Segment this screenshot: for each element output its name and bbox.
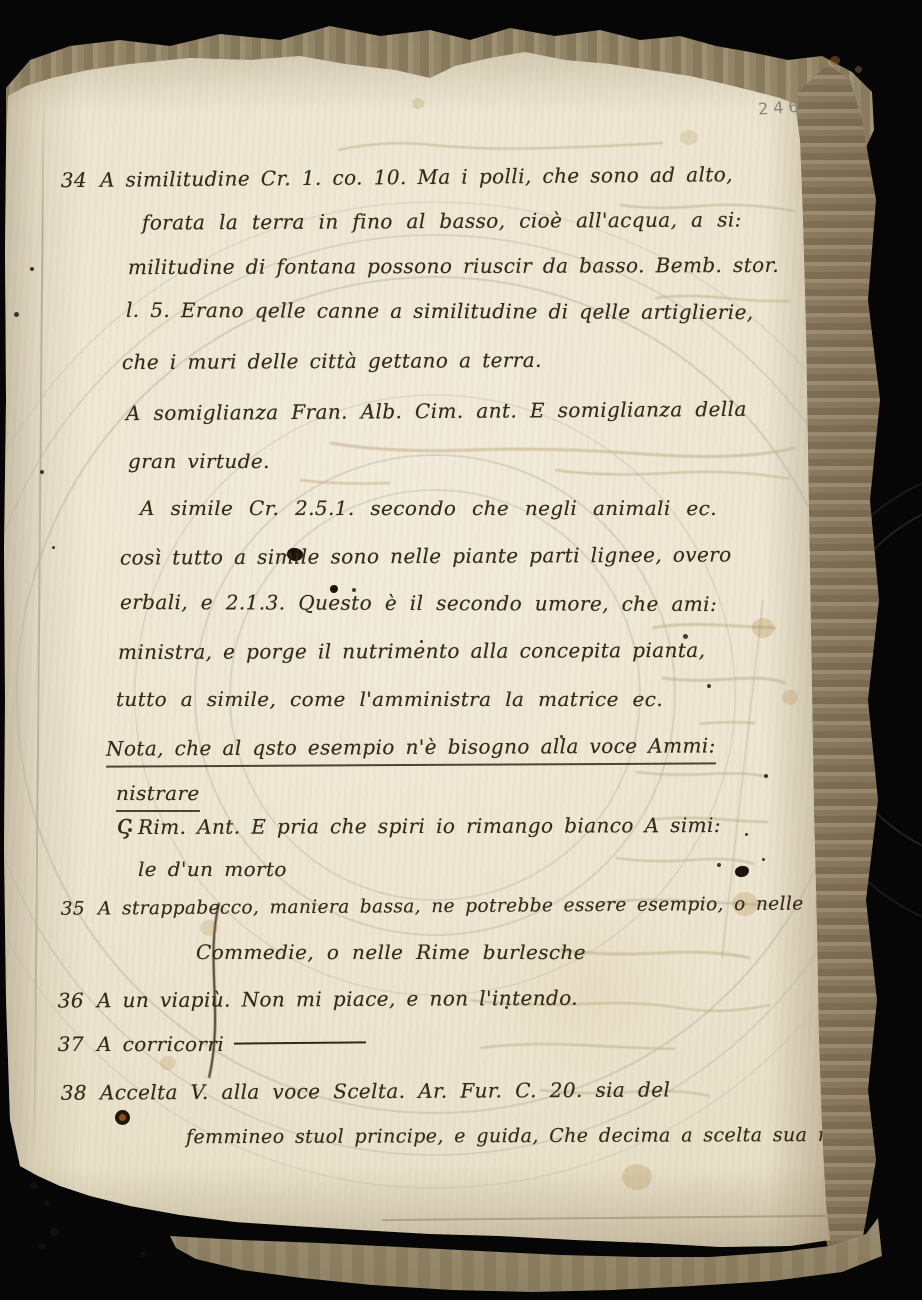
manuscript-line-underlined: Nota, che al qsto esempio n'è bisogno al… <box>106 734 716 759</box>
stain <box>412 98 424 109</box>
line-text: A somiglianza Fran. Alb. Cim. ant. E som… <box>126 397 747 425</box>
stain <box>855 66 862 73</box>
entry-number: 35 <box>61 900 85 921</box>
line-text: femmineo stuol principe, e guida, Che de… <box>186 1124 894 1148</box>
manuscript-line: femmineo stuol principe, e guida, Che de… <box>186 1125 894 1148</box>
line-text: ministra, e porge il nutrimento alla con… <box>118 638 705 664</box>
line-text: A simile Cr. 2.5.1. secondo che negli an… <box>140 496 717 520</box>
ink-speck <box>707 684 711 688</box>
manuscript-photo: 246 34A similitudine Cr. 1. co. 10. Ma i… <box>0 0 922 1300</box>
stain <box>680 130 698 145</box>
line-text: tutto a simile, come l'amministra la mat… <box>116 687 663 711</box>
manuscript-line: militudine di fontana possono riuscir da… <box>128 254 779 278</box>
manuscript-line: le d'un morto <box>138 858 287 880</box>
manuscript-line: 36A un viapiù. Non mi piace, e non l'int… <box>97 987 578 1012</box>
ink-speck <box>52 546 55 549</box>
line-text: gran virtude. <box>128 449 270 473</box>
ink-speck <box>14 312 19 317</box>
entry-number: 37 <box>58 1033 84 1055</box>
entry-number: 38 <box>61 1082 87 1104</box>
manuscript-line: l. 5. Erano qelle canne a similitudine d… <box>126 299 754 323</box>
ink-speck <box>762 858 765 861</box>
stain <box>200 920 218 936</box>
ink-smudge <box>44 1200 50 1206</box>
line-text: le d'un morto <box>138 857 287 881</box>
flourish-dash <box>234 1041 366 1044</box>
line-text: Accelta V. alla voce Scelta. Ar. Fur. C.… <box>100 1078 670 1105</box>
line-text: erbali, e 2.1.3. Questo è il secondo umo… <box>120 590 717 616</box>
manuscript-line: Commedie, o nelle Rime burlesche <box>196 941 586 963</box>
ink-smudge <box>38 1243 45 1249</box>
stain <box>782 690 798 705</box>
stain <box>830 56 840 65</box>
line-text: militudine di fontana possono riuscir da… <box>128 253 779 279</box>
manuscript-line: 34A similitudine Cr. 1. co. 10. Ma i pol… <box>100 163 733 191</box>
manuscript-line: gran virtude. <box>128 450 270 472</box>
line-text: Commedie, o nelle Rime burlesche <box>196 940 586 964</box>
ink-blot-ring <box>115 1110 130 1125</box>
line-text: A un viapiù. Non mi piace, e non l'inten… <box>97 986 578 1013</box>
line-text: Rim. Ant. E pria che spiri io rimango bi… <box>138 813 721 839</box>
ink-speck <box>717 863 721 867</box>
entry-number: 34 <box>61 169 87 191</box>
ink-speck <box>764 774 768 778</box>
ink-smudge <box>50 1228 59 1236</box>
stain <box>752 618 774 638</box>
manuscript-line: tutto a simile, come l'amministra la mat… <box>116 688 663 710</box>
margin-mark: ς <box>116 810 132 840</box>
manuscript-line: ςRim. Ant. E pria che spiri io rimango b… <box>138 814 721 838</box>
manuscript-line: A simile Cr. 2.5.1. secondo che negli an… <box>140 497 717 519</box>
manuscript-page: 246 34A similitudine Cr. 1. co. 10. Ma i… <box>0 0 922 1300</box>
manuscript-line-underlined: nistrare <box>116 782 200 804</box>
line-text: A strappabecco, maniera bassa, ne potreb… <box>98 894 804 920</box>
manuscript-line: erbali, e 2.1.3. Questo è il secondo umo… <box>120 591 717 615</box>
line-text: nistrare <box>116 781 200 812</box>
manuscript-line: così tutto a simile sono nelle piante pa… <box>120 543 732 568</box>
line-text: forata la terra in fino al basso, cioè a… <box>142 207 742 234</box>
ink-speck <box>745 833 748 836</box>
manuscript-line: ministra, e porge il nutrimento alla con… <box>118 639 705 663</box>
line-text: A corricorri <box>97 1032 224 1056</box>
stain <box>160 1056 176 1070</box>
stain <box>622 1164 652 1190</box>
ink-smudge <box>30 1182 38 1189</box>
line-text: che i muri delle città gettano a terra. <box>122 348 542 374</box>
line-text: Nota, che al qsto esempio n'è bisogno al… <box>106 733 716 767</box>
ink-smudge <box>140 1252 146 1257</box>
manuscript-line: A somiglianza Fran. Alb. Cim. ant. E som… <box>126 398 747 424</box>
ink-speck <box>40 470 44 474</box>
entry-number: 36 <box>58 989 84 1011</box>
ink-speck <box>30 267 34 271</box>
manuscript-line: che i muri delle città gettano a terra. <box>122 349 542 373</box>
manuscript-line: 38Accelta V. alla voce Scelta. Ar. Fur. … <box>100 1079 670 1104</box>
line-text: così tutto a simile sono nelle piante pa… <box>120 542 732 569</box>
manuscript-line: forata la terra in fino al basso, cioè a… <box>142 208 742 233</box>
manuscript-line: 37A corricorri <box>97 1033 366 1055</box>
line-text: l. 5. Erano qelle canne a similitudine d… <box>126 298 754 324</box>
